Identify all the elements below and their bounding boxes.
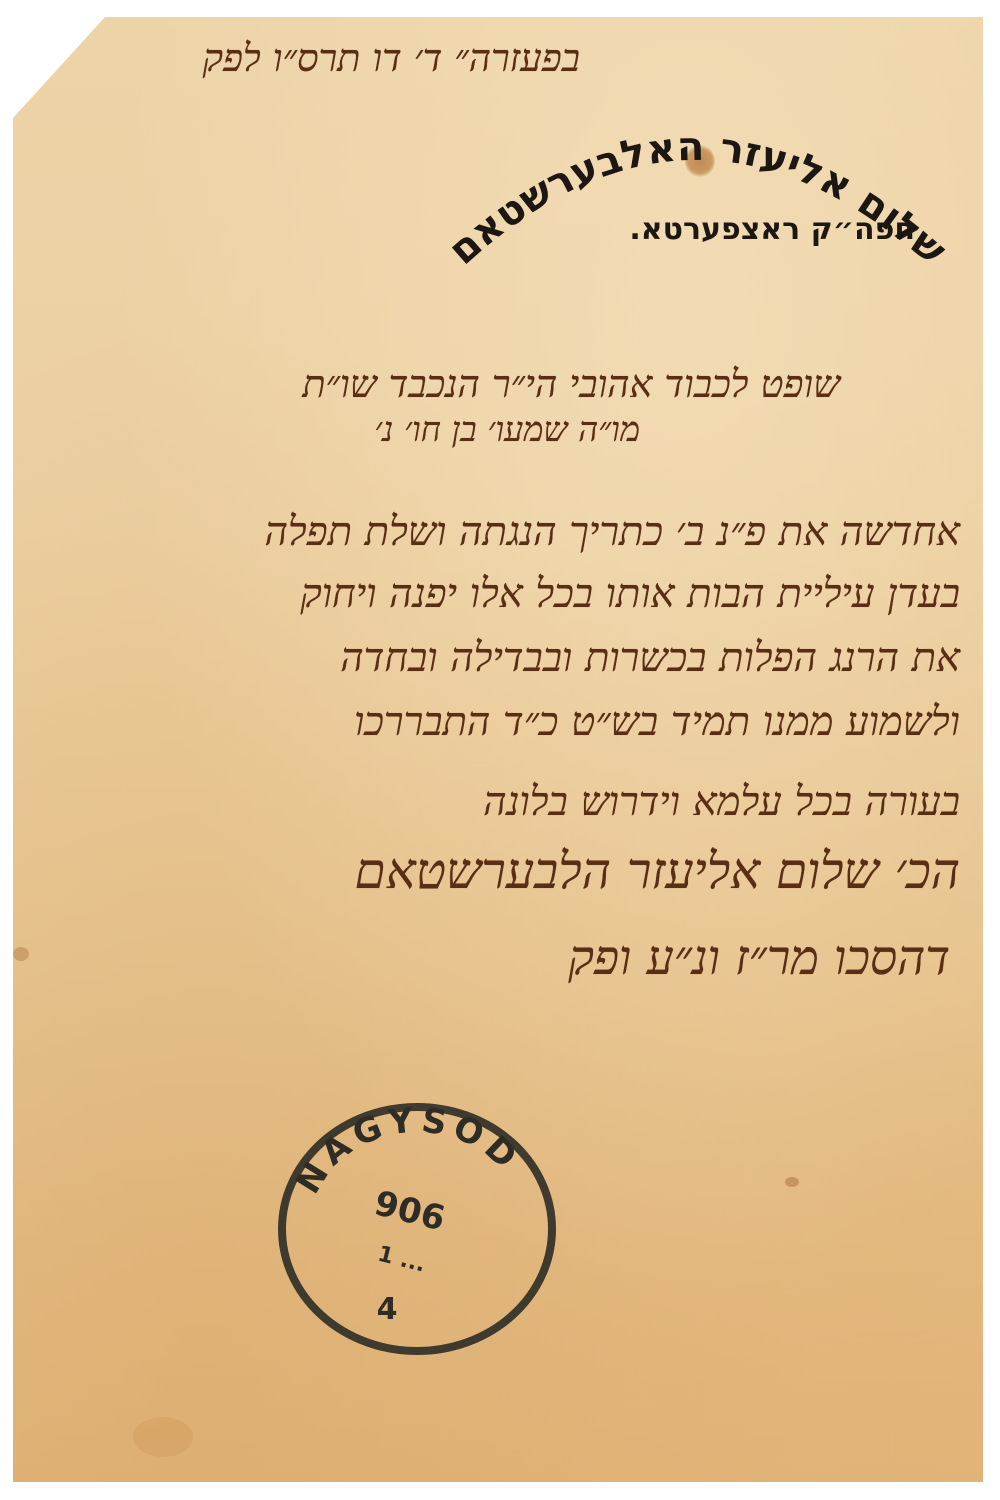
postmark-date: 1 ... xyxy=(375,1242,428,1278)
svg-text:NAGYSOD: NAGYSOD xyxy=(288,1100,529,1201)
postmark-town: NAGYSOD xyxy=(288,1100,529,1201)
body-line-4: ולשמוע ממנו תמיד בש״ט כ״ד התבררכו xyxy=(60,698,960,745)
paper-stain xyxy=(785,1177,799,1187)
paper-stain xyxy=(13,947,29,961)
salutation-line-2: מו״ה שמעו׳ בן חו׳ נ׳ xyxy=(100,410,640,450)
signature-line-1: הכ׳ שלום אליעזר הלבערשטאם xyxy=(100,842,960,900)
postmark-number: 4 xyxy=(377,1292,398,1327)
letterhead-subtitle: חפה״ק ראצפערטא. xyxy=(535,212,915,247)
body-line-3: את הרנג הפלות בכשרות ובבדילה ובחדה xyxy=(40,634,960,681)
signature-line-2: דהסכו מר״ז ונ״ע ופק xyxy=(390,930,950,986)
postmark-year: 906 xyxy=(370,1183,449,1239)
svg-text:שלום אליעזר האלבערשטאם: שלום אליעזר האלבערשטאם xyxy=(440,124,955,274)
paper-stain xyxy=(133,1417,193,1457)
letterhead-name-arc: שלום אליעזר האלבערשטאם xyxy=(440,124,955,274)
body-line-1: אחדשה את פ״נ ב׳ כתריך הנגתה ושלת תפלה xyxy=(80,508,960,555)
body-line-2: בעדן עיליית הבות אותו בכל אלו יפנה ויחוק xyxy=(60,570,960,617)
place-date-line: בפעזרה״ ד׳ דו תרס״ו לפק xyxy=(100,36,580,81)
body-line-5: בעורה בכל עלמא וידרוש בלונה xyxy=(200,778,960,825)
letterhead-stamp: שלום אליעזר האלבערשטאם xyxy=(440,120,960,290)
salutation-line-1: שופט לכבוד אהובי הי״ר הנכבד שו״ת xyxy=(100,362,840,407)
postmark-stamp: NAGYSOD 906 1 ... 4 xyxy=(272,1094,562,1364)
